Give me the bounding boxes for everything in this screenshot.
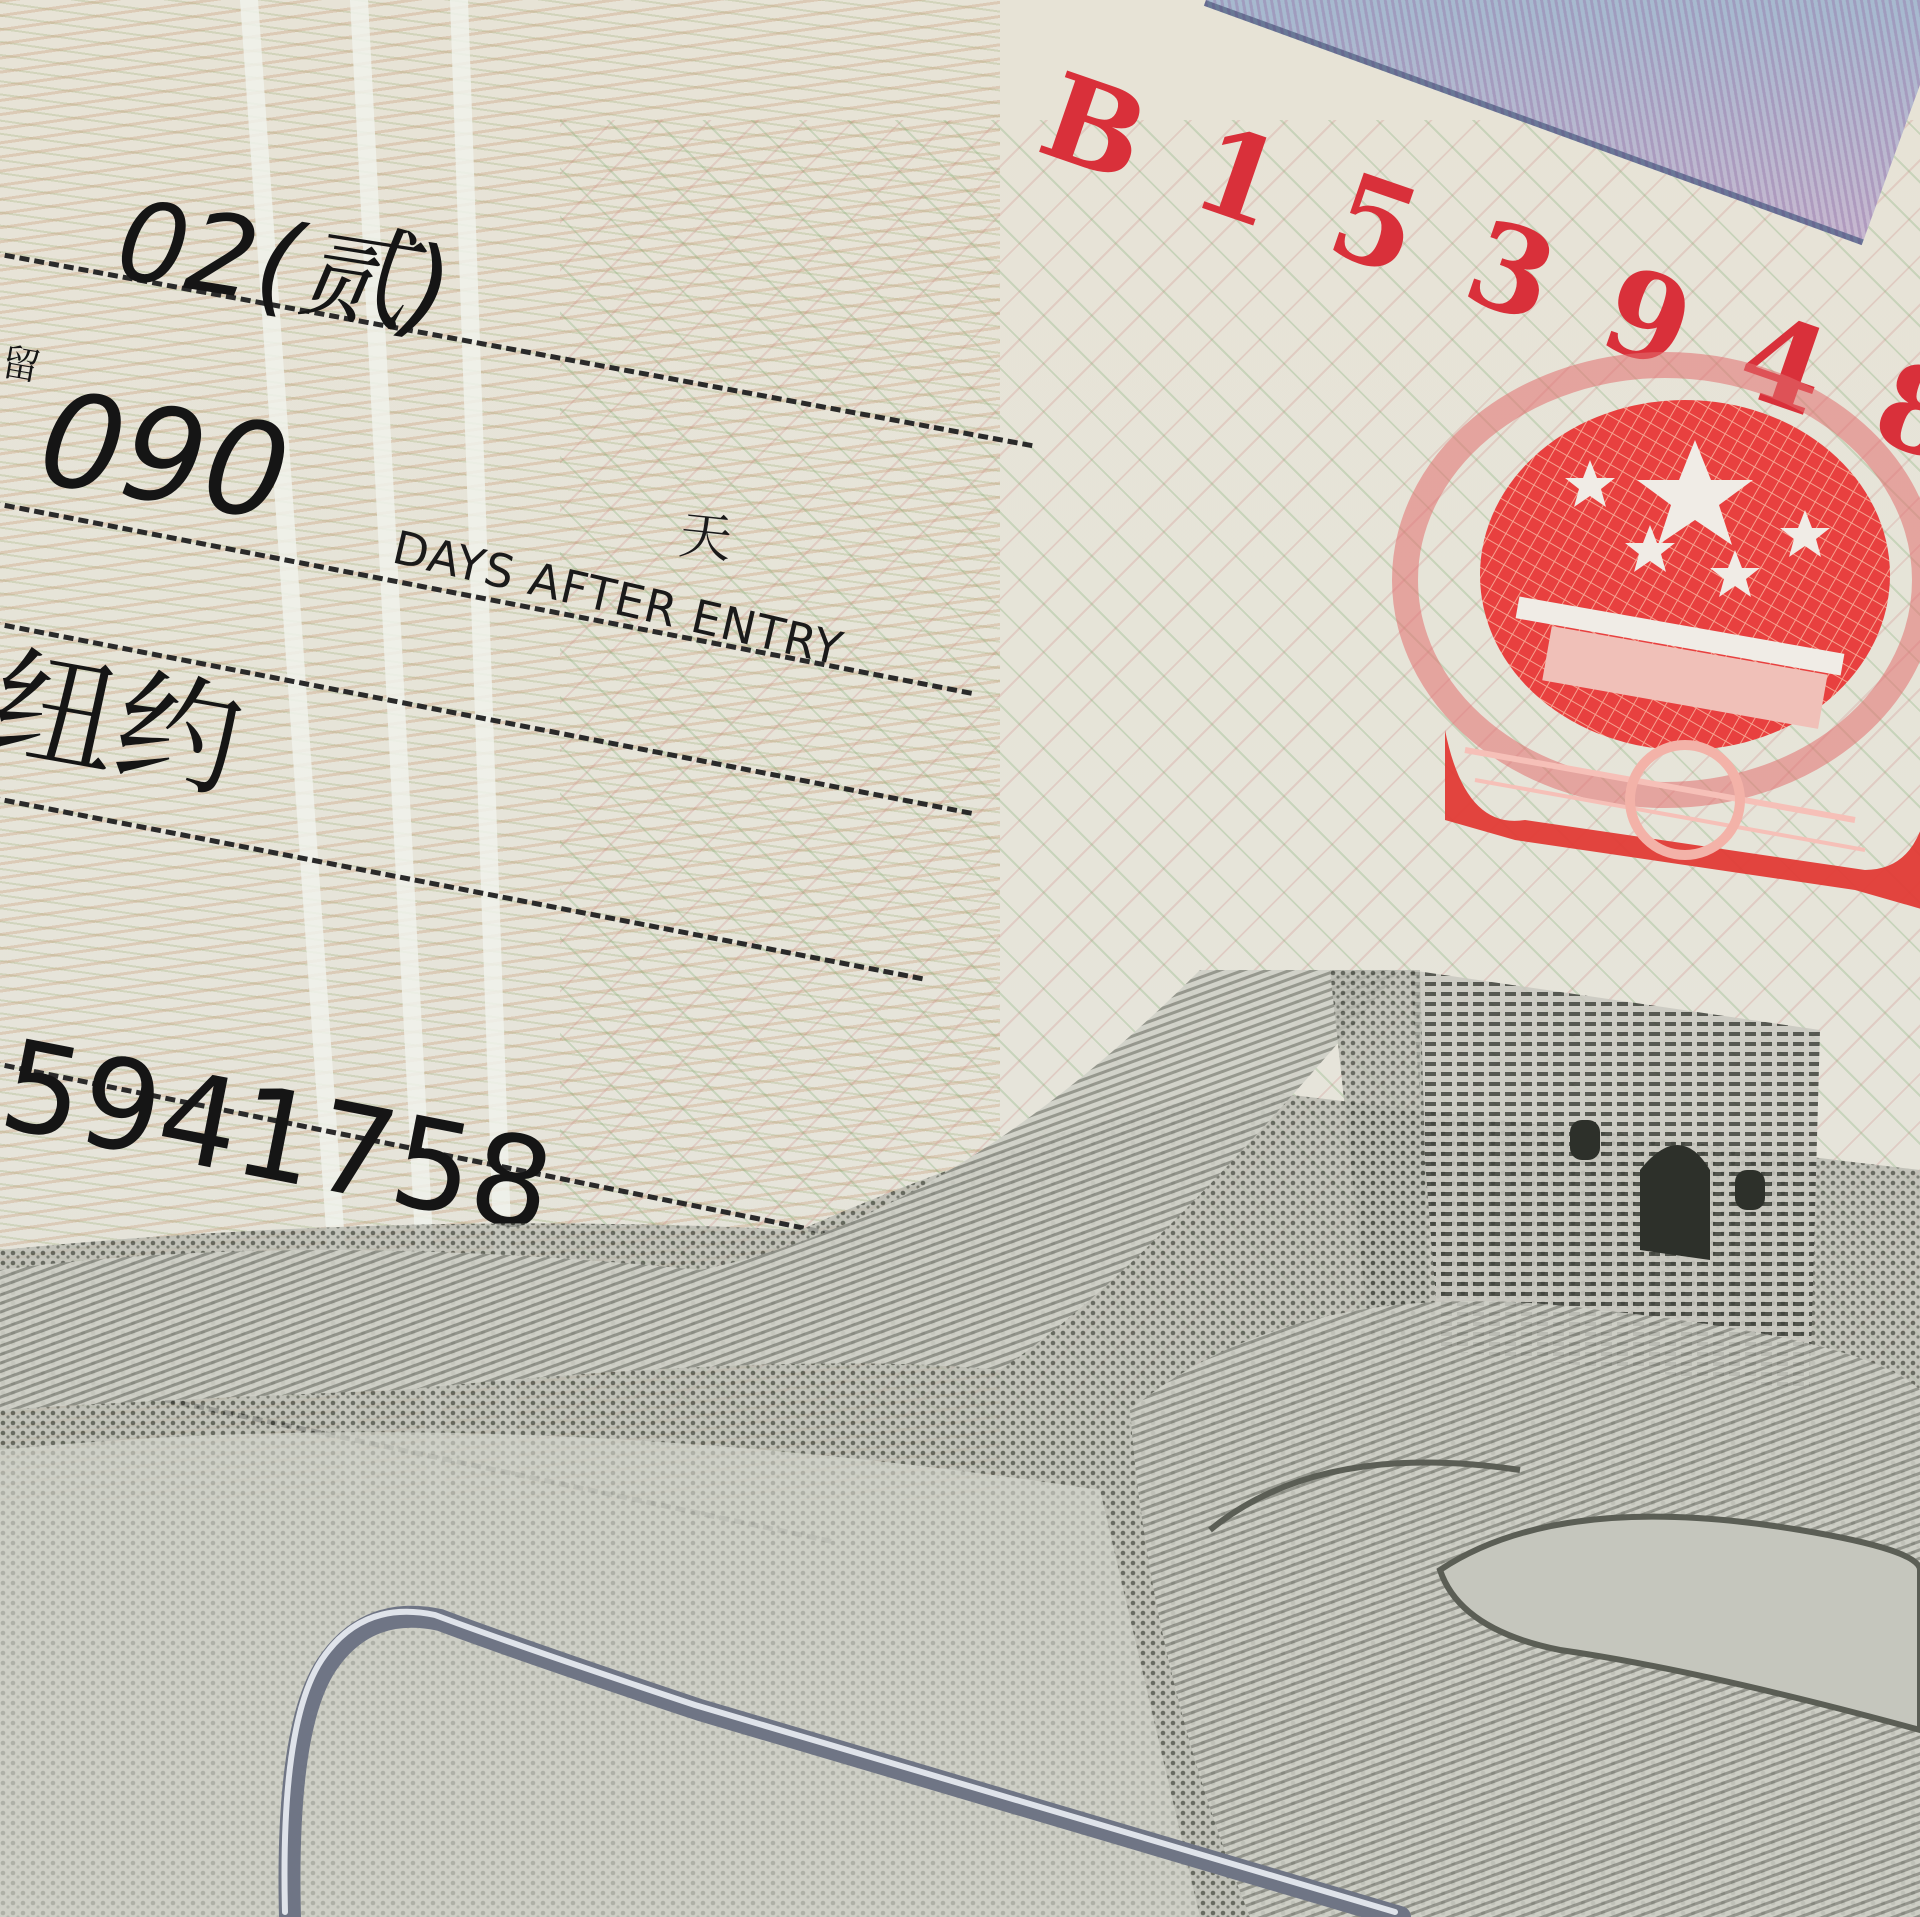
national-emblem-icon <box>1385 350 1920 930</box>
visa-photo: 02(贰) 留 090 天 DAYS AFTER ENTRY 纽约 594175… <box>0 0 1920 1917</box>
great-wall-illustration <box>0 970 1920 1917</box>
days-label-chinese: 天 <box>676 492 736 572</box>
